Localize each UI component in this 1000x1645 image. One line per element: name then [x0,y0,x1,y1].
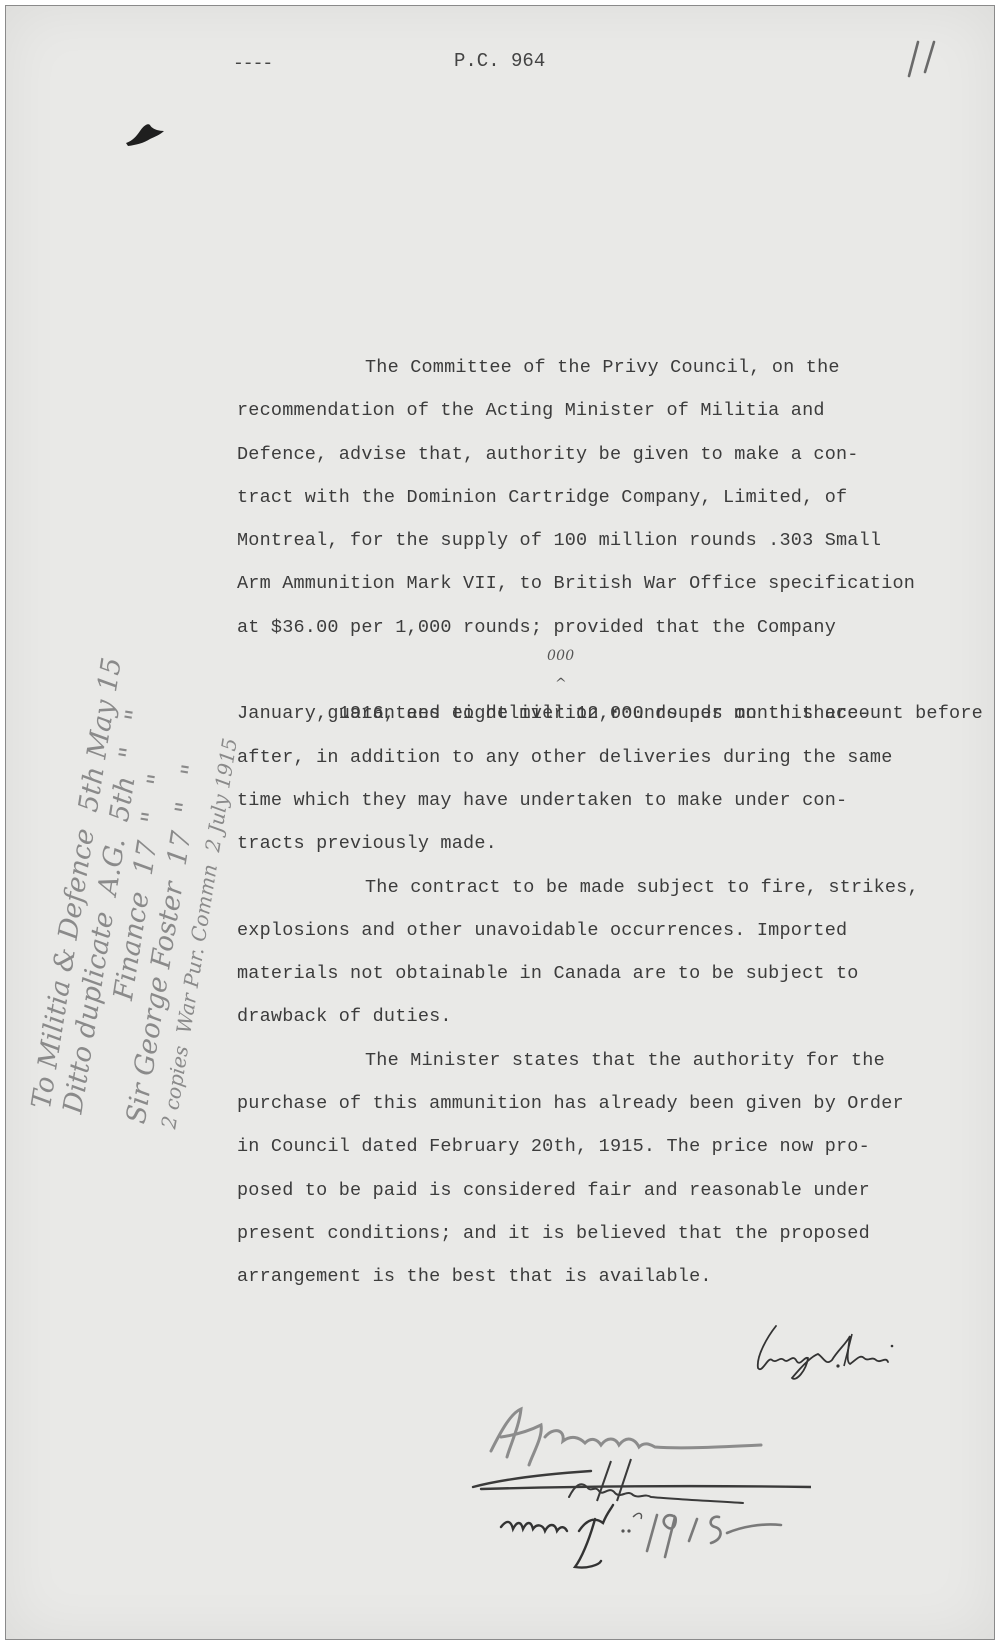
approval-block [471,1401,811,1601]
text-line: recommendation of the Acting Minister of… [237,389,997,432]
order-body: The Committee of the Privy Council, on t… [237,346,997,1299]
text-line: explosions and other unavoidable occurre… [237,909,997,952]
minister-signature [746,1316,946,1386]
text-line: Defence, advise that, authority be given… [237,433,997,476]
signature-scribble-icon [746,1316,946,1386]
text-line: materials not obtainable in Canada are t… [237,952,997,995]
text-line: purchase of this ammunition has already … [237,1082,997,1125]
text-line: at $36.00 per 1,000 rounds; provided tha… [237,606,997,649]
paragraph-2: The contract to be made subject to fire,… [237,866,997,1039]
paragraph-1: The Committee of the Privy Council, on t… [237,346,997,866]
document-page: ---- P.C. 964 The Committee of the Privy… [5,5,995,1640]
text-line-with-insertion: guarantees to deliver 12,000 rounds on t… [237,649,997,692]
text-line: tracts previously made. [237,822,997,865]
text-line: January, 1916, and eight million rounds … [237,692,997,735]
text-line: in Council dated February 20th, 1915. Th… [237,1125,997,1168]
text-line: arrangement is the best that is availabl… [237,1255,997,1298]
text-line: The Minister states that the authority f… [237,1039,997,1082]
text-line: tract with the Dominion Cartridge Compan… [237,476,997,519]
handwritten-page-number [904,38,944,82]
text-line: after, in addition to any other deliveri… [237,736,997,779]
text-line: Arm Ammunition Mark VII, to British War … [237,562,997,605]
paragraph-3: The Minister states that the authority f… [237,1039,997,1299]
text-line: The Committee of the Privy Council, on t… [237,346,997,389]
ink-blot-mark [124,119,168,149]
text-line: Montreal, for the supply of 100 million … [237,519,997,562]
text-line: time which they may have undertaken to m… [237,779,997,822]
order-number: P.C. 964 [454,50,545,72]
approval-signature-icon [471,1401,811,1601]
text-line: drawback of duties. [237,995,997,1038]
text-line: The contract to be made subject to fire,… [237,866,997,909]
text-line: present conditions; and it is believed t… [237,1212,997,1255]
text-line: posed to be paid is considered fair and … [237,1169,997,1212]
header-dashes: ---- [233,54,272,74]
